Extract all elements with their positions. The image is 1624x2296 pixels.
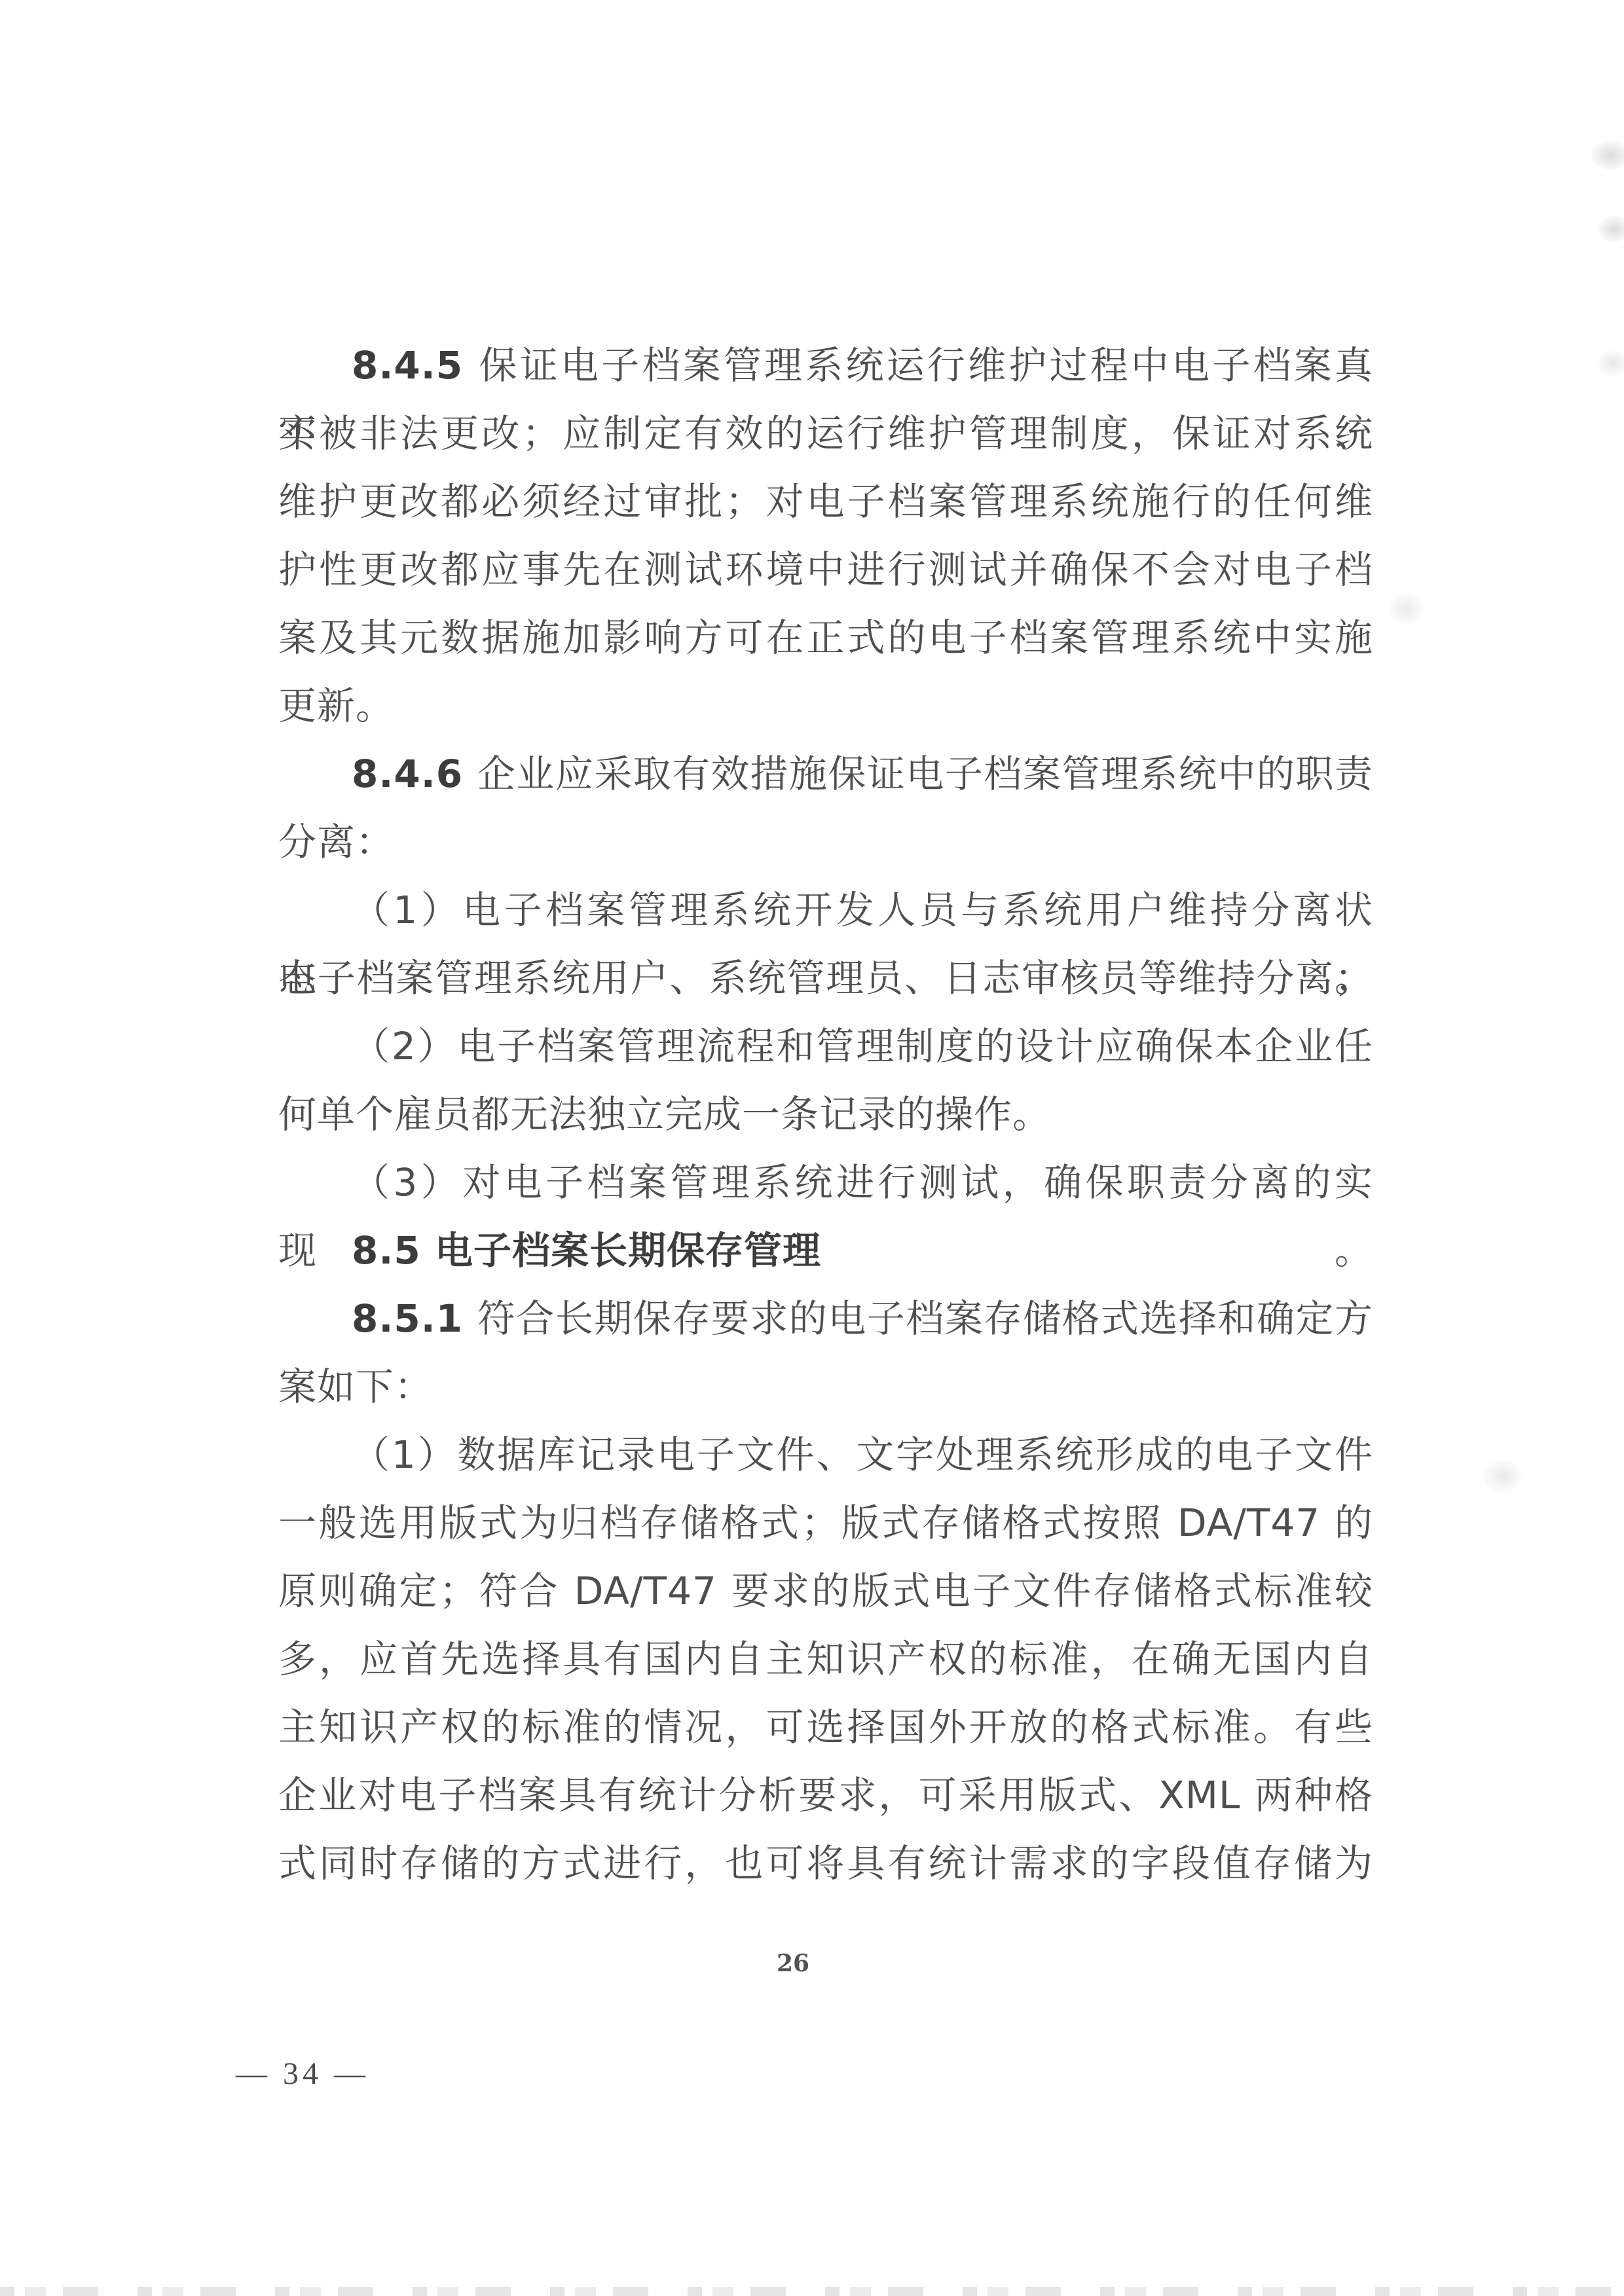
inner-page-number: 26 — [777, 1950, 809, 1977]
text-line: 更新。 — [278, 672, 1373, 740]
text-line: 企业对电子档案具有统计分析要求，可采用版式、XML 两种格 — [278, 1761, 1373, 1829]
text-line: 不被非法更改；应制定有效的运行维护管理制度，保证对系统 — [278, 399, 1373, 467]
text-segment: 电子档案长期保存管理 — [435, 1228, 821, 1273]
text-segment: （1）数据库记录电子文件、文字处理系统形成的电子文件 — [352, 1432, 1373, 1477]
printed-page-number: — 34 — — [236, 2056, 369, 2092]
text-segment: 电子档案管理系统用户、系统管理员、日志审核员等维持分离。 — [278, 956, 1373, 1000]
text-line: 案如下： — [278, 1353, 1373, 1421]
text-segment: 护性更改都应事先在测试环境中进行测试并确保不会对电子档 — [278, 547, 1373, 592]
text-line: 何单个雇员都无法独立完成一条记录的操作。 — [278, 1080, 1373, 1148]
text-segment: 8.4.6 — [352, 752, 477, 796]
text-line: 多，应首先选择具有国内自主知识产权的标准，在确无国内自 — [278, 1625, 1373, 1693]
text-segment: 一般选用版式为归档存储格式；版式存储格式按照 DA/T47 的 — [278, 1501, 1373, 1545]
text-segment: 不被非法更改；应制定有效的运行维护管理制度，保证对系统 — [278, 411, 1373, 456]
text-line: 维护更改都必须经过审批；对电子档案管理系统施行的任何维 — [278, 467, 1373, 536]
text-segment: 案及其元数据施加影响方可在正式的电子档案管理系统中实施 — [278, 615, 1373, 660]
text-segment: 原则确定；符合 DA/T47 要求的版式电子文件存储格式标准较 — [278, 1569, 1373, 1613]
text-line: 电子档案管理系统用户、系统管理员、日志审核员等维持分离。 — [278, 944, 1373, 1012]
scan-smudge — [1591, 141, 1624, 170]
scanned-document-page: { "colors": { "paper": "#ffffff", "ink":… — [0, 0, 1624, 2296]
text-segment: 符合长期保存要求的电子档案存储格式选择和确定方 — [477, 1296, 1373, 1341]
text-line: 分离： — [278, 808, 1373, 876]
text-line: 式同时存储的方式进行，也可将具有统计需求的字段值存储为 — [278, 1829, 1373, 1897]
text-line: （1）电子档案管理系统开发人员与系统用户维持分离状态； — [278, 876, 1373, 944]
body-text-block: 8.4.5 保证电子档案管理系统运行维护过程中电子档案真实、不被非法更改；应制定… — [278, 331, 1373, 1897]
text-segment: 企业应采取有效措施保证电子档案管理系统中的职责 — [477, 752, 1373, 796]
text-segment: 企业对电子档案具有统计分析要求，可采用版式、XML 两种格 — [278, 1773, 1373, 1817]
text-line: 护性更改都应事先在测试环境中进行测试并确保不会对电子档 — [278, 536, 1373, 604]
text-segment: 主知识产权的标准的情况，可选择国外开放的格式标准。有些 — [278, 1705, 1373, 1749]
scan-smudge — [1598, 350, 1624, 376]
text-line: 8.4.6 企业应采取有效措施保证电子档案管理系统中的职责 — [278, 740, 1373, 808]
text-line: 一般选用版式为归档存储格式；版式存储格式按照 DA/T47 的 — [278, 1489, 1373, 1557]
text-line: （3）对电子档案管理系统进行测试，确保职责分离的实现。 — [278, 1148, 1373, 1216]
text-line: （1）数据库记录电子文件、文字处理系统形成的电子文件 — [278, 1421, 1373, 1489]
text-segment: 8.4.5 — [352, 343, 479, 388]
text-segment: 8.5.1 — [352, 1296, 477, 1341]
text-line: （2）电子档案管理流程和管理制度的设计应确保本企业任 — [278, 1012, 1373, 1080]
scan-smudge — [1483, 1460, 1522, 1493]
text-segment: 何单个雇员都无法独立完成一条记录的操作。 — [278, 1092, 1051, 1137]
text-segment: 更新。 — [278, 683, 394, 728]
text-line: 原则确定；符合 DA/T47 要求的版式电子文件存储格式标准较 — [278, 1557, 1373, 1625]
text-segment: 分离： — [278, 820, 394, 864]
scan-smudge — [1388, 592, 1424, 625]
text-line: 8.5.1 符合长期保存要求的电子档案存储格式选择和确定方 — [278, 1285, 1373, 1353]
text-segment: 式同时存储的方式进行，也可将具有统计需求的字段值存储为 — [278, 1841, 1373, 1886]
text-segment: 案如下： — [278, 1364, 433, 1409]
scan-edge-cutoff-text — [0, 2287, 1624, 2296]
scan-smudge — [1598, 216, 1624, 242]
text-segment: 维护更改都必须经过审批；对电子档案管理系统施行的任何维 — [278, 479, 1373, 524]
text-line: 案及其元数据施加影响方可在正式的电子档案管理系统中实施 — [278, 604, 1373, 672]
text-line: 8.4.5 保证电子档案管理系统运行维护过程中电子档案真实、 — [278, 331, 1373, 399]
text-segment: （2）电子档案管理流程和管理制度的设计应确保本企业任 — [352, 1024, 1373, 1068]
text-line: 主知识产权的标准的情况，可选择国外开放的格式标准。有些 — [278, 1693, 1373, 1761]
text-segment: 8.5 — [352, 1228, 435, 1273]
text-segment: 多，应首先选择具有国内自主知识产权的标准，在确无国内自 — [278, 1637, 1373, 1681]
